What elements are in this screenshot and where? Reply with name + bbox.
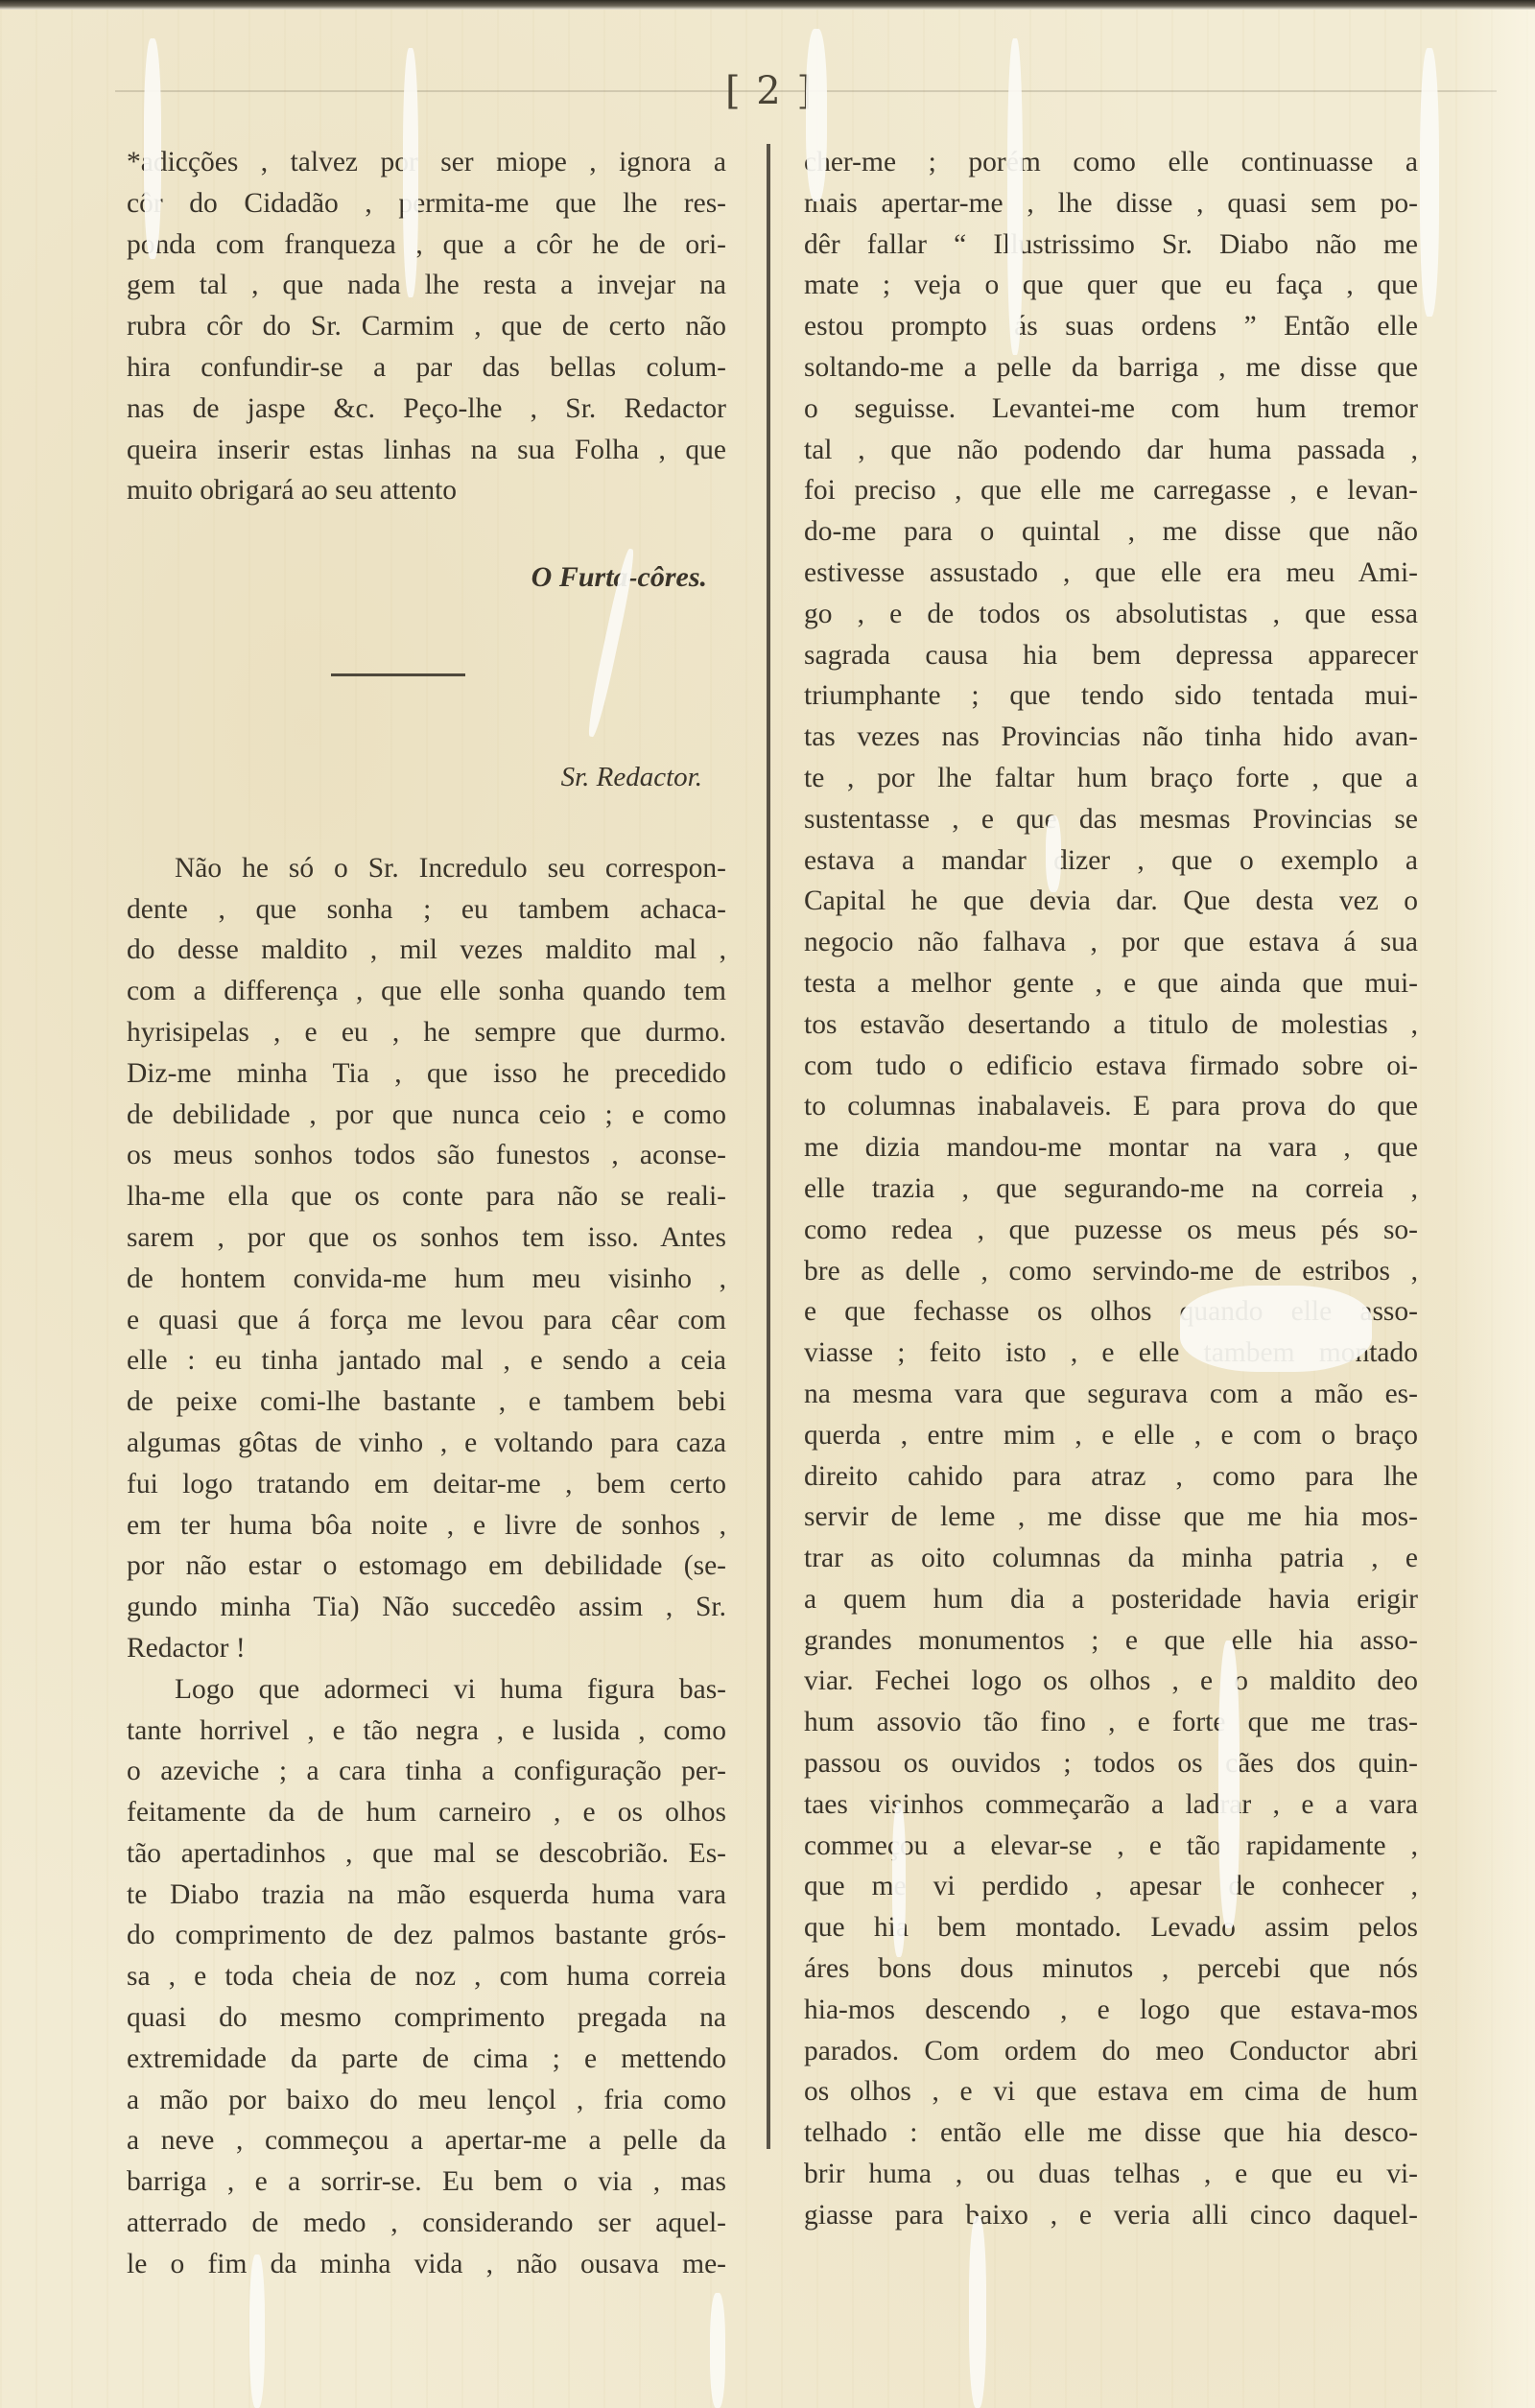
text-line: cher-me ; porém como elle continuasse a	[804, 142, 1418, 183]
text-line: rubra côr do Sr. Carmim , que de certo n…	[127, 306, 726, 347]
paper-damage	[1420, 48, 1439, 317]
text-line: sustentasse , e que das mesmas Provincia…	[804, 799, 1418, 840]
text-line: o seguisse. Levantei-me com hum tremor	[804, 389, 1418, 430]
letter-signature: O Furta-côres.	[127, 557, 726, 599]
text-line: trar as oito columnas da minha patria , …	[804, 1538, 1418, 1579]
text-line: testa a melhor gente , e que ainda que m…	[804, 963, 1418, 1004]
text-line: *adicções , talvez por ser miope , ignor…	[127, 142, 726, 183]
text-line: mais apertar-me , lhe disse , quasi sem …	[804, 183, 1418, 224]
text-line: go , e de todos os absolutistas , que es…	[804, 594, 1418, 635]
text-line: por não estar o estomago em debilidade (…	[127, 1546, 726, 1587]
text-line: do comprimento de dez palmos bastante gr…	[127, 1915, 726, 1956]
text-line: tas vezes nas Provincias não tinha hido …	[804, 717, 1418, 758]
text-line: tal , que não podendo dar huma passada ,	[804, 430, 1418, 471]
text-line: me dizia mandou-me montar na vara , que	[804, 1127, 1418, 1169]
text-line: bre as delle , como servindo-me de estri…	[804, 1251, 1418, 1292]
text-line: os meus sonhos todos são funestos , acon…	[127, 1135, 726, 1176]
text-line: e quasi que á força me levou para cêar c…	[127, 1300, 726, 1341]
column-divider	[767, 144, 770, 2149]
text-line: na mesma vara que segurava com a mão es-	[804, 1374, 1418, 1415]
text-line: negocio não falhava , por que estava á s…	[804, 922, 1418, 963]
text-line: elle trazia , que segurando-me na correi…	[804, 1169, 1418, 1210]
scan-top-edge	[0, 0, 1535, 10]
text-line: estivesse assustado , que elle era meu A…	[804, 553, 1418, 594]
text-line: extremidade da parte de cima ; e mettend…	[127, 2039, 726, 2080]
text-line: a mão por baixo do meu lençol , fria com…	[127, 2080, 726, 2121]
text-line: viar. Fechei logo os olhos , e o maldito…	[804, 1661, 1418, 1702]
text-line: os olhos , e vi que estava em cima de hu…	[804, 2071, 1418, 2113]
text-line: em ter huma bôa noite , e livre de sonho…	[127, 1505, 726, 1546]
text-line: tos estavão desertando a titulo de moles…	[804, 1004, 1418, 1046]
text-line: querda , entre mim , e elle , e com o br…	[804, 1415, 1418, 1456]
text-line: telhado : então elle me disse que hia de…	[804, 2113, 1418, 2154]
text-line: de hontem convida-me hum meu visinho ,	[127, 1259, 726, 1300]
text-line: tão apertadinhos , que mal se descobrião…	[127, 1833, 726, 1875]
text-line: nas de jaspe &c. Peço-lhe , Sr. Redactor	[127, 389, 726, 430]
paper-damage	[969, 2216, 986, 2408]
text-line: soltando-me a pelle da barriga , me diss…	[804, 347, 1418, 389]
text-line: te Diabo trazia na mão esquerda huma var…	[127, 1875, 726, 1916]
text-line: estou prompto ás suas ordens ” Então ell…	[804, 306, 1418, 347]
text-line: hyrisipelas , e eu , he sempre que durmo…	[127, 1012, 726, 1053]
text-line: hira confundir-se a par das bellas colum…	[127, 347, 726, 389]
text-line: elle : eu tinha jantado mal , e sendo a …	[127, 1340, 726, 1381]
paragraph-2: Logo que adormeci vi huma figura bas- ta…	[127, 1669, 726, 2285]
text-line: mate ; veja o que quer que eu faça , que	[804, 265, 1418, 306]
text-line: gundo minha Tia) Não succedêo assim , Sr…	[127, 1587, 726, 1628]
paper-damage	[1046, 815, 1061, 892]
text-line: sa , e toda cheia de noz , com huma corr…	[127, 1956, 726, 1997]
text-line: algumas gôtas de vinho , e voltando para…	[127, 1423, 726, 1464]
text-line: do desse maldito , mil vezes maldito mal…	[127, 930, 726, 971]
text-line: lha-me ella que os conte para não se rea…	[127, 1176, 726, 1217]
newspaper-page: [ 2 ] *adicções , talvez por ser miope ,…	[0, 10, 1535, 2408]
text-line: foi preciso , que elle me carregasse , e…	[804, 470, 1418, 511]
text-line: servir de leme , me disse que me hia mos…	[804, 1497, 1418, 1538]
text-line: feitamente da de hum carneiro , e os olh…	[127, 1792, 726, 1833]
paper-damage	[144, 38, 161, 259]
text-line: fui logo tratando em deitar-me , bem cer…	[127, 1464, 726, 1505]
text-line: atterrado de medo , considerando ser aqu…	[127, 2203, 726, 2244]
text-line: dente , que sonha ; eu tambem achaca-	[127, 889, 726, 931]
text-line: do-me para o quintal , me disse que não	[804, 511, 1418, 553]
text-line: a neve , commeçou a apertar-me a pelle d…	[127, 2120, 726, 2161]
paper-damage	[249, 2255, 265, 2408]
text-line: sagrada causa hia bem depressa apparecer	[804, 635, 1418, 676]
text-line: hia-mos descendo , e logo que estava-mos	[804, 1990, 1418, 2031]
text-line: muito obrigará ao seu attento	[127, 470, 726, 511]
paragraph-1: Não he só o Sr. Incredulo seu correspon-…	[127, 848, 726, 1669]
text-line: Diz-me minha Tia , que isso he precedido	[127, 1053, 726, 1095]
text-line: de peixe comi-lhe bastante , e tambem be…	[127, 1381, 726, 1423]
paper-damage	[892, 1804, 906, 1957]
text-line: barriga , e a sorrir-se. Eu bem o via , …	[127, 2161, 726, 2203]
letter-ending: *adicções , talvez por ser miope , ignor…	[127, 142, 726, 511]
text-line: a quem hum dia a posteridade havia erigi…	[804, 1579, 1418, 1620]
page-edge-shading	[1449, 10, 1535, 2408]
text-line: queira inserir estas linhas na sua Folha…	[127, 430, 726, 471]
text-line: Logo que adormeci vi huma figura bas-	[127, 1669, 726, 1711]
page-number: [ 2 ]	[721, 69, 817, 113]
text-line: com a differença , que elle sonha quando…	[127, 971, 726, 1012]
paper-damage	[710, 2293, 725, 2408]
section-separator	[331, 673, 465, 676]
text-line: passou os ouvidos ; todos os cães dos qu…	[804, 1743, 1418, 1784]
text-line: com tudo o edificio estava firmado sobre…	[804, 1046, 1418, 1087]
left-column: *adicções , talvez por ser miope , ignor…	[127, 142, 726, 2285]
paper-damage	[1180, 1286, 1372, 1372]
text-line: te , por lhe faltar hum braço forte , qu…	[804, 758, 1418, 799]
text-line: sarem , por que os sonhos tem isso. Ante…	[127, 1217, 726, 1259]
text-line: Não he só o Sr. Incredulo seu correspon-	[127, 848, 726, 889]
paper-damage	[403, 48, 418, 297]
text-line: giasse para baixo , e veria alli cinco d…	[804, 2195, 1418, 2236]
text-line: côr do Cidadão , permita-me que lhe res-	[127, 183, 726, 224]
text-line: dêr fallar “ Illustrissimo Sr. Diabo não…	[804, 224, 1418, 266]
text-line: to columnas inabalaveis. E para prova do…	[804, 1086, 1418, 1127]
paper-damage	[806, 29, 827, 201]
text-line: grandes monumentos ; e que elle hia asso…	[804, 1620, 1418, 1662]
paper-damage	[1007, 38, 1023, 355]
text-line: o azeviche ; a cara tinha a configuração…	[127, 1751, 726, 1792]
text-line: gem tal , que nada lhe resta a invejar n…	[127, 265, 726, 306]
text-line: ponda com franqueza , que a côr he de or…	[127, 224, 726, 266]
text-line: Redactor !	[127, 1628, 726, 1669]
text-line: de debilidade , por que nunca ceio ; e c…	[127, 1095, 726, 1136]
text-line: Capital he que devia dar. Que desta vez …	[804, 881, 1418, 922]
text-line: triumphante ; que tendo sido tentada mui…	[804, 675, 1418, 717]
text-line: quasi do mesmo comprimento pregada na	[127, 1997, 726, 2039]
text-line: hum assovio tão fino , e forte que me tr…	[804, 1702, 1418, 1743]
letter-salutation: Sr. Redactor.	[127, 757, 726, 798]
text-line: brir huma , ou duas telhas , e que eu vi…	[804, 2154, 1418, 2195]
text-line: estava a mandar dizer , que o exemplo a	[804, 840, 1418, 882]
text-line: como redea , que puzesse os meus pés so-	[804, 1210, 1418, 1251]
text-line: le o fim da minha vida , não ousava me-	[127, 2244, 726, 2285]
paper-damage	[1218, 1641, 1240, 1928]
text-line: direito cahido para atraz , como para lh…	[804, 1456, 1418, 1498]
text-line: tante horrivel , e tão negra , e lusida …	[127, 1711, 726, 1752]
text-line: parados. Com ordem do meo Conductor abri	[804, 2031, 1418, 2072]
